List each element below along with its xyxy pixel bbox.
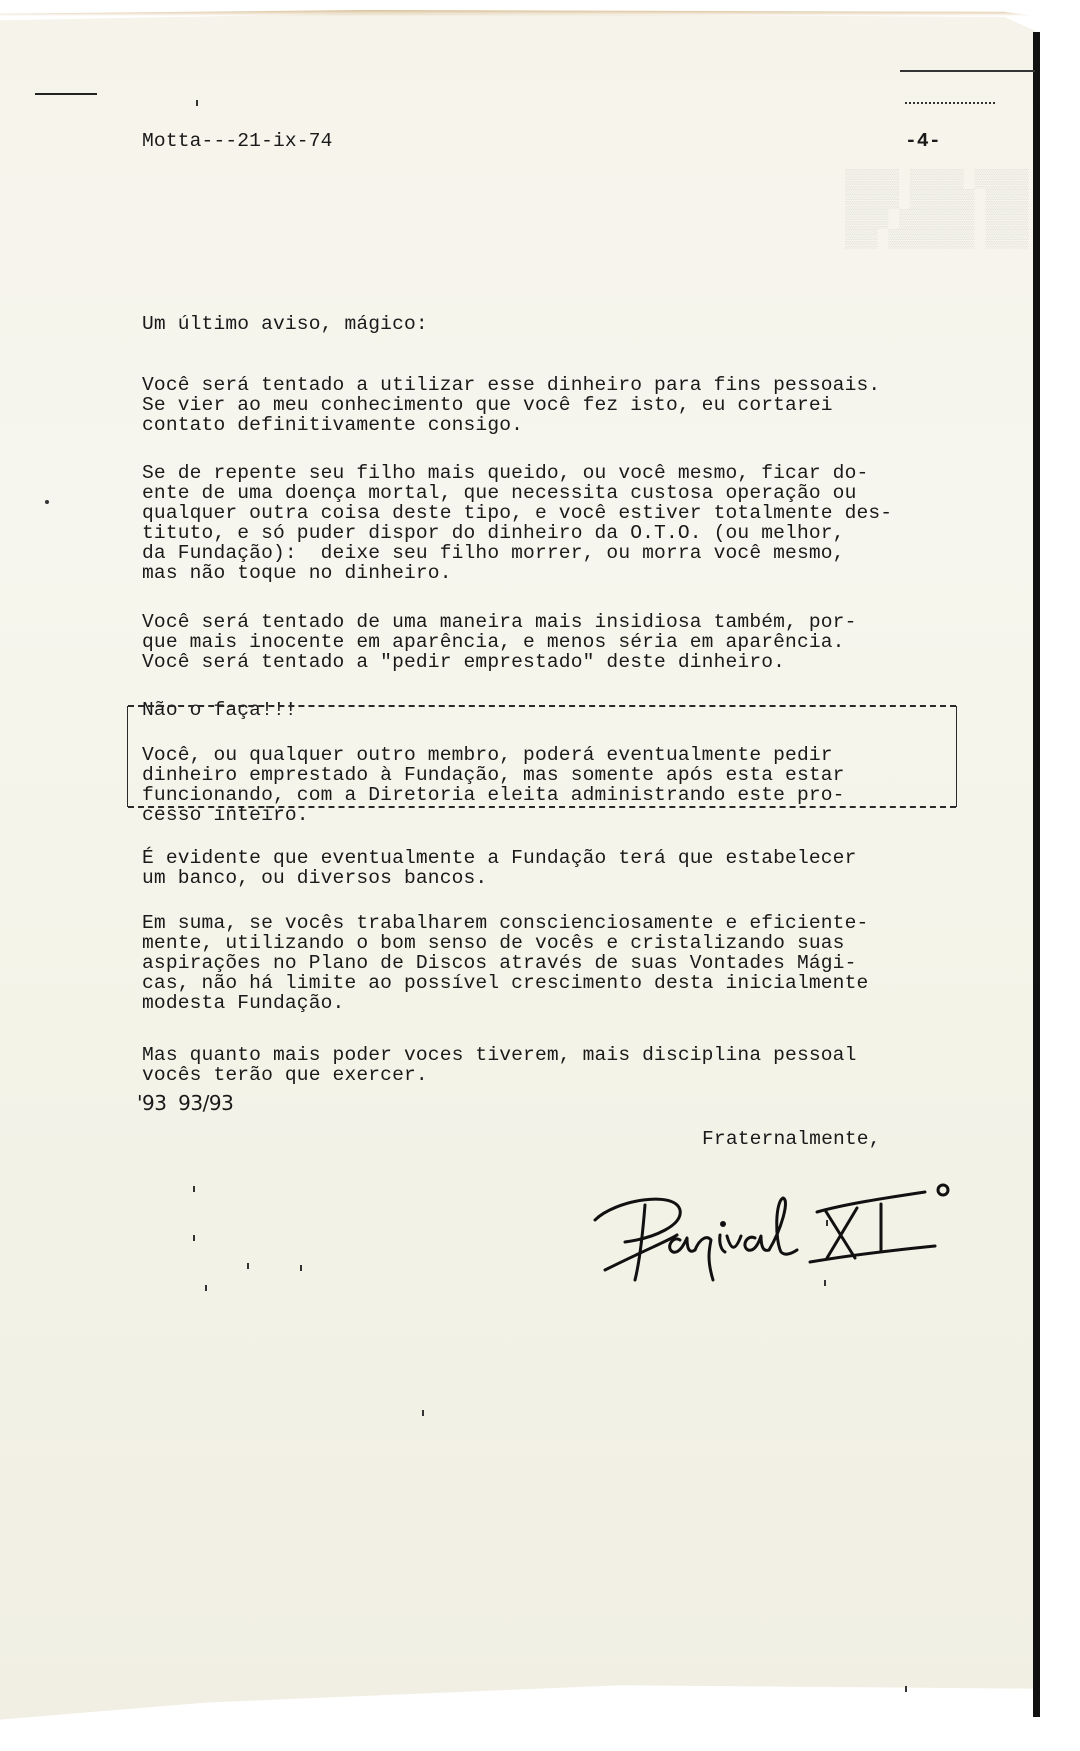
speck: [422, 1410, 424, 1416]
text-line: mas não toque no dinheiro.: [142, 563, 892, 583]
text-line: contato definitivamente consigo.: [142, 415, 880, 435]
dotted-mark: [905, 102, 995, 106]
paragraph-1: Você será tentado a utilizar esse dinhei…: [142, 355, 880, 455]
text-line: mente, utilizando o bom senso de vocês e…: [142, 933, 868, 953]
text-line: Se de repente seu filho mais queido, ou …: [142, 463, 892, 483]
text-line: Você será tentado a utilizar esse dinhei…: [142, 375, 880, 395]
speck: [45, 500, 49, 504]
text-line: cas, não há limite ao possível crescimen…: [142, 973, 868, 993]
bleed-through-text: ▒▒▒▒▒ ▒▒▒▒▒ ▒▒▒▒▒ ▒▒▒▒▒ ▒▒▒▒▒▒ ▒▒▒▒ ▒▒▒▒…: [845, 170, 1029, 250]
intro-line: Um último aviso, mágico:: [142, 314, 428, 334]
paragraph-5-boxed: Você, ou qualquer outro membro, poderá e…: [142, 725, 845, 845]
document-reference: Motta---21-ix-74: [142, 131, 333, 151]
stray-mark: [35, 93, 97, 95]
handwritten-signature: [585, 1180, 975, 1290]
text-line: tituto, e só puder dispor do dinheiro da…: [142, 523, 892, 543]
text-line: Você será tentado a "pedir emprestado" d…: [142, 652, 857, 672]
text-line: um banco, ou diversos bancos.: [142, 868, 857, 888]
speck: [196, 100, 198, 106]
text-line: Mas quanto mais poder voces tiverem, mai…: [142, 1045, 857, 1065]
paper-right-edge-shadow: [1033, 32, 1040, 1717]
text-line: É evidente que eventualmente a Fundação …: [142, 848, 857, 868]
text-line: ente de uma doença mortal, que necessita…: [142, 483, 892, 503]
paragraph-2: Se de repente seu filho mais queido, ou …: [142, 443, 892, 603]
text-line: qualquer outra coisa deste tipo, e você …: [142, 503, 892, 523]
paper-top-edge: [0, 10, 1035, 16]
text-line: da Fundação): deixe seu filho morrer, ou…: [142, 543, 892, 563]
text-line: aspirações no Plano de Discos através de…: [142, 953, 868, 973]
text-line: Em suma, se vocês trabalharem conscienci…: [142, 913, 868, 933]
text-line: funcionando, com a Diretoria eleita admi…: [142, 785, 845, 805]
paragraph-3: Você será tentado de uma maneira mais in…: [142, 592, 857, 692]
signature-drawing: [585, 1180, 975, 1290]
underlying-page-edge: [900, 70, 1035, 72]
paragraph-8: Mas quanto mais poder voces tiverem, mai…: [142, 1025, 857, 1105]
text-line: Você, ou qualquer outro membro, poderá e…: [142, 745, 845, 765]
speck: [905, 1686, 907, 1692]
speck: [193, 1186, 195, 1192]
text-line: cesso inteiro.: [142, 805, 845, 825]
text-line: que mais inocente em aparência, e menos …: [142, 632, 857, 652]
reference-numbers: '93 93/93: [137, 1093, 233, 1113]
text-line: Se vier ao meu conhecimento que você fez…: [142, 395, 880, 415]
paragraph-7: Em suma, se vocês trabalharem conscienci…: [142, 893, 868, 1033]
text-line: Você será tentado de uma maneira mais in…: [142, 612, 857, 632]
page-number: -4-: [905, 131, 941, 151]
text-line: modesta Fundação.: [142, 993, 868, 1013]
speck: [205, 1285, 207, 1291]
box-top-border: [128, 705, 956, 707]
closing-salutation: Fraternalmente,: [702, 1129, 881, 1149]
text-line: vocês terão que exercer.: [142, 1065, 857, 1085]
speck: [300, 1265, 302, 1271]
speck: [247, 1263, 249, 1269]
speck: [193, 1235, 195, 1241]
text-line: dinheiro emprestado à Fundação, mas some…: [142, 765, 845, 785]
